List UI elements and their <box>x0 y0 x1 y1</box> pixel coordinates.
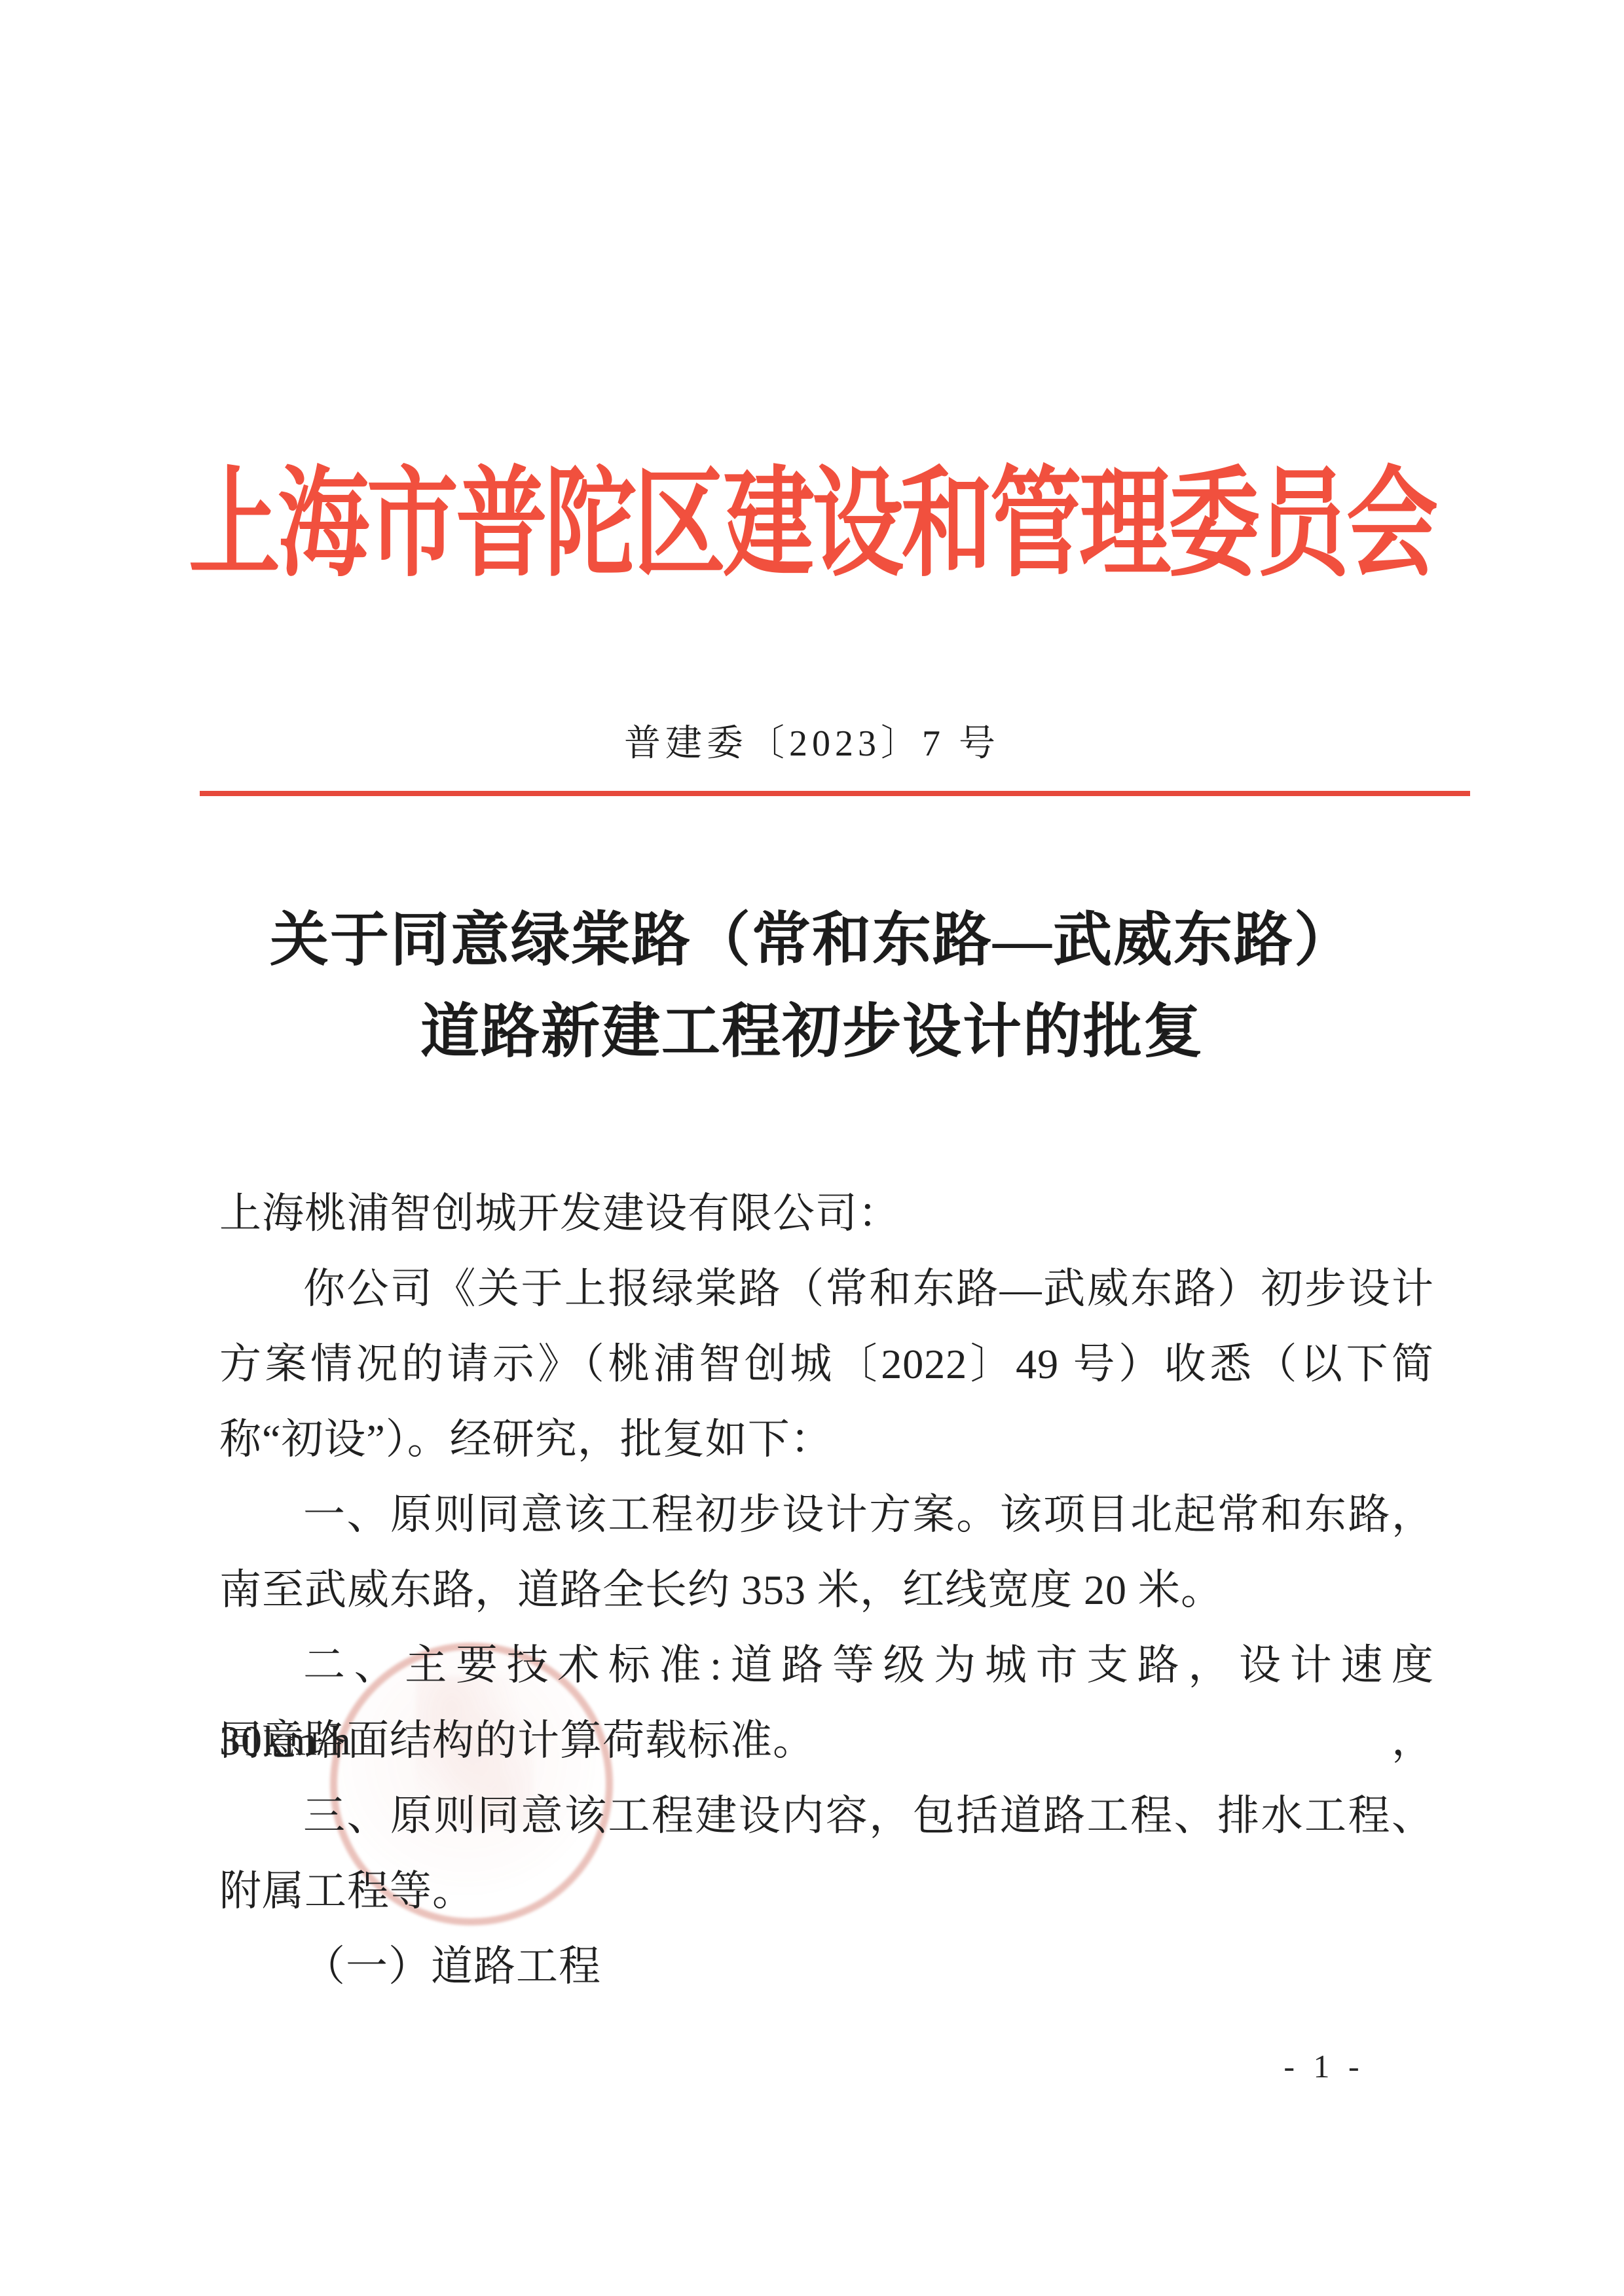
document-number: 普建委〔2023〕7 号 <box>0 723 1624 765</box>
document-title-line-1: 关于同意绿棠路（常和东路—武威东路） <box>0 895 1624 987</box>
body-line-salutation: 上海桃浦智创城开发建设有限公司： <box>219 1176 1434 1251</box>
document-body: 上海桃浦智创城开发建设有限公司： 你公司《关于上报绿棠路（常和东路—武威东路）初… <box>219 1176 1434 2004</box>
body-line-item-1: 一、原则同意该工程初步设计方案。该项目北起常和东路， <box>219 1477 1434 1552</box>
body-line: 附属工程等。 <box>219 1853 1434 1929</box>
body-line: 你公司《关于上报绿棠路（常和东路—武威东路）初步设计 <box>219 1251 1434 1326</box>
red-separator-rule <box>200 791 1470 796</box>
issuer-masthead: 上海市普陀区建设和管理委员会 <box>0 466 1624 585</box>
body-line: 称“初设”）。经研究，批复如下： <box>219 1402 1434 1477</box>
document-title: 关于同意绿棠路（常和东路—武威东路） 道路新建工程初步设计的批复 <box>0 895 1624 1078</box>
body-line: 方案情况的请示》（桃浦智创城〔2022〕49 号）收悉（以下简 <box>219 1326 1434 1402</box>
document-page: 上海市普陀区建设和管理委员会 普建委〔2023〕7 号 关于同意绿棠路（常和东路… <box>0 0 1624 2296</box>
page-number: - 1 - <box>1249 2045 1393 2087</box>
body-line: 南至武威东路，道路全长约 353 米，红线宽度 20 米。 <box>219 1552 1434 1628</box>
body-line-item-2: 二、主要技术标准:道路等级为城市支路，设计速度 30km/h， <box>219 1628 1434 1703</box>
body-line-subitem-1: （一）道路工程 <box>219 1929 1434 2004</box>
document-title-line-2: 道路新建工程初步设计的批复 <box>0 987 1624 1078</box>
body-line-item-3: 三、原则同意该工程建设内容，包括道路工程、排水工程、 <box>219 1778 1434 1853</box>
